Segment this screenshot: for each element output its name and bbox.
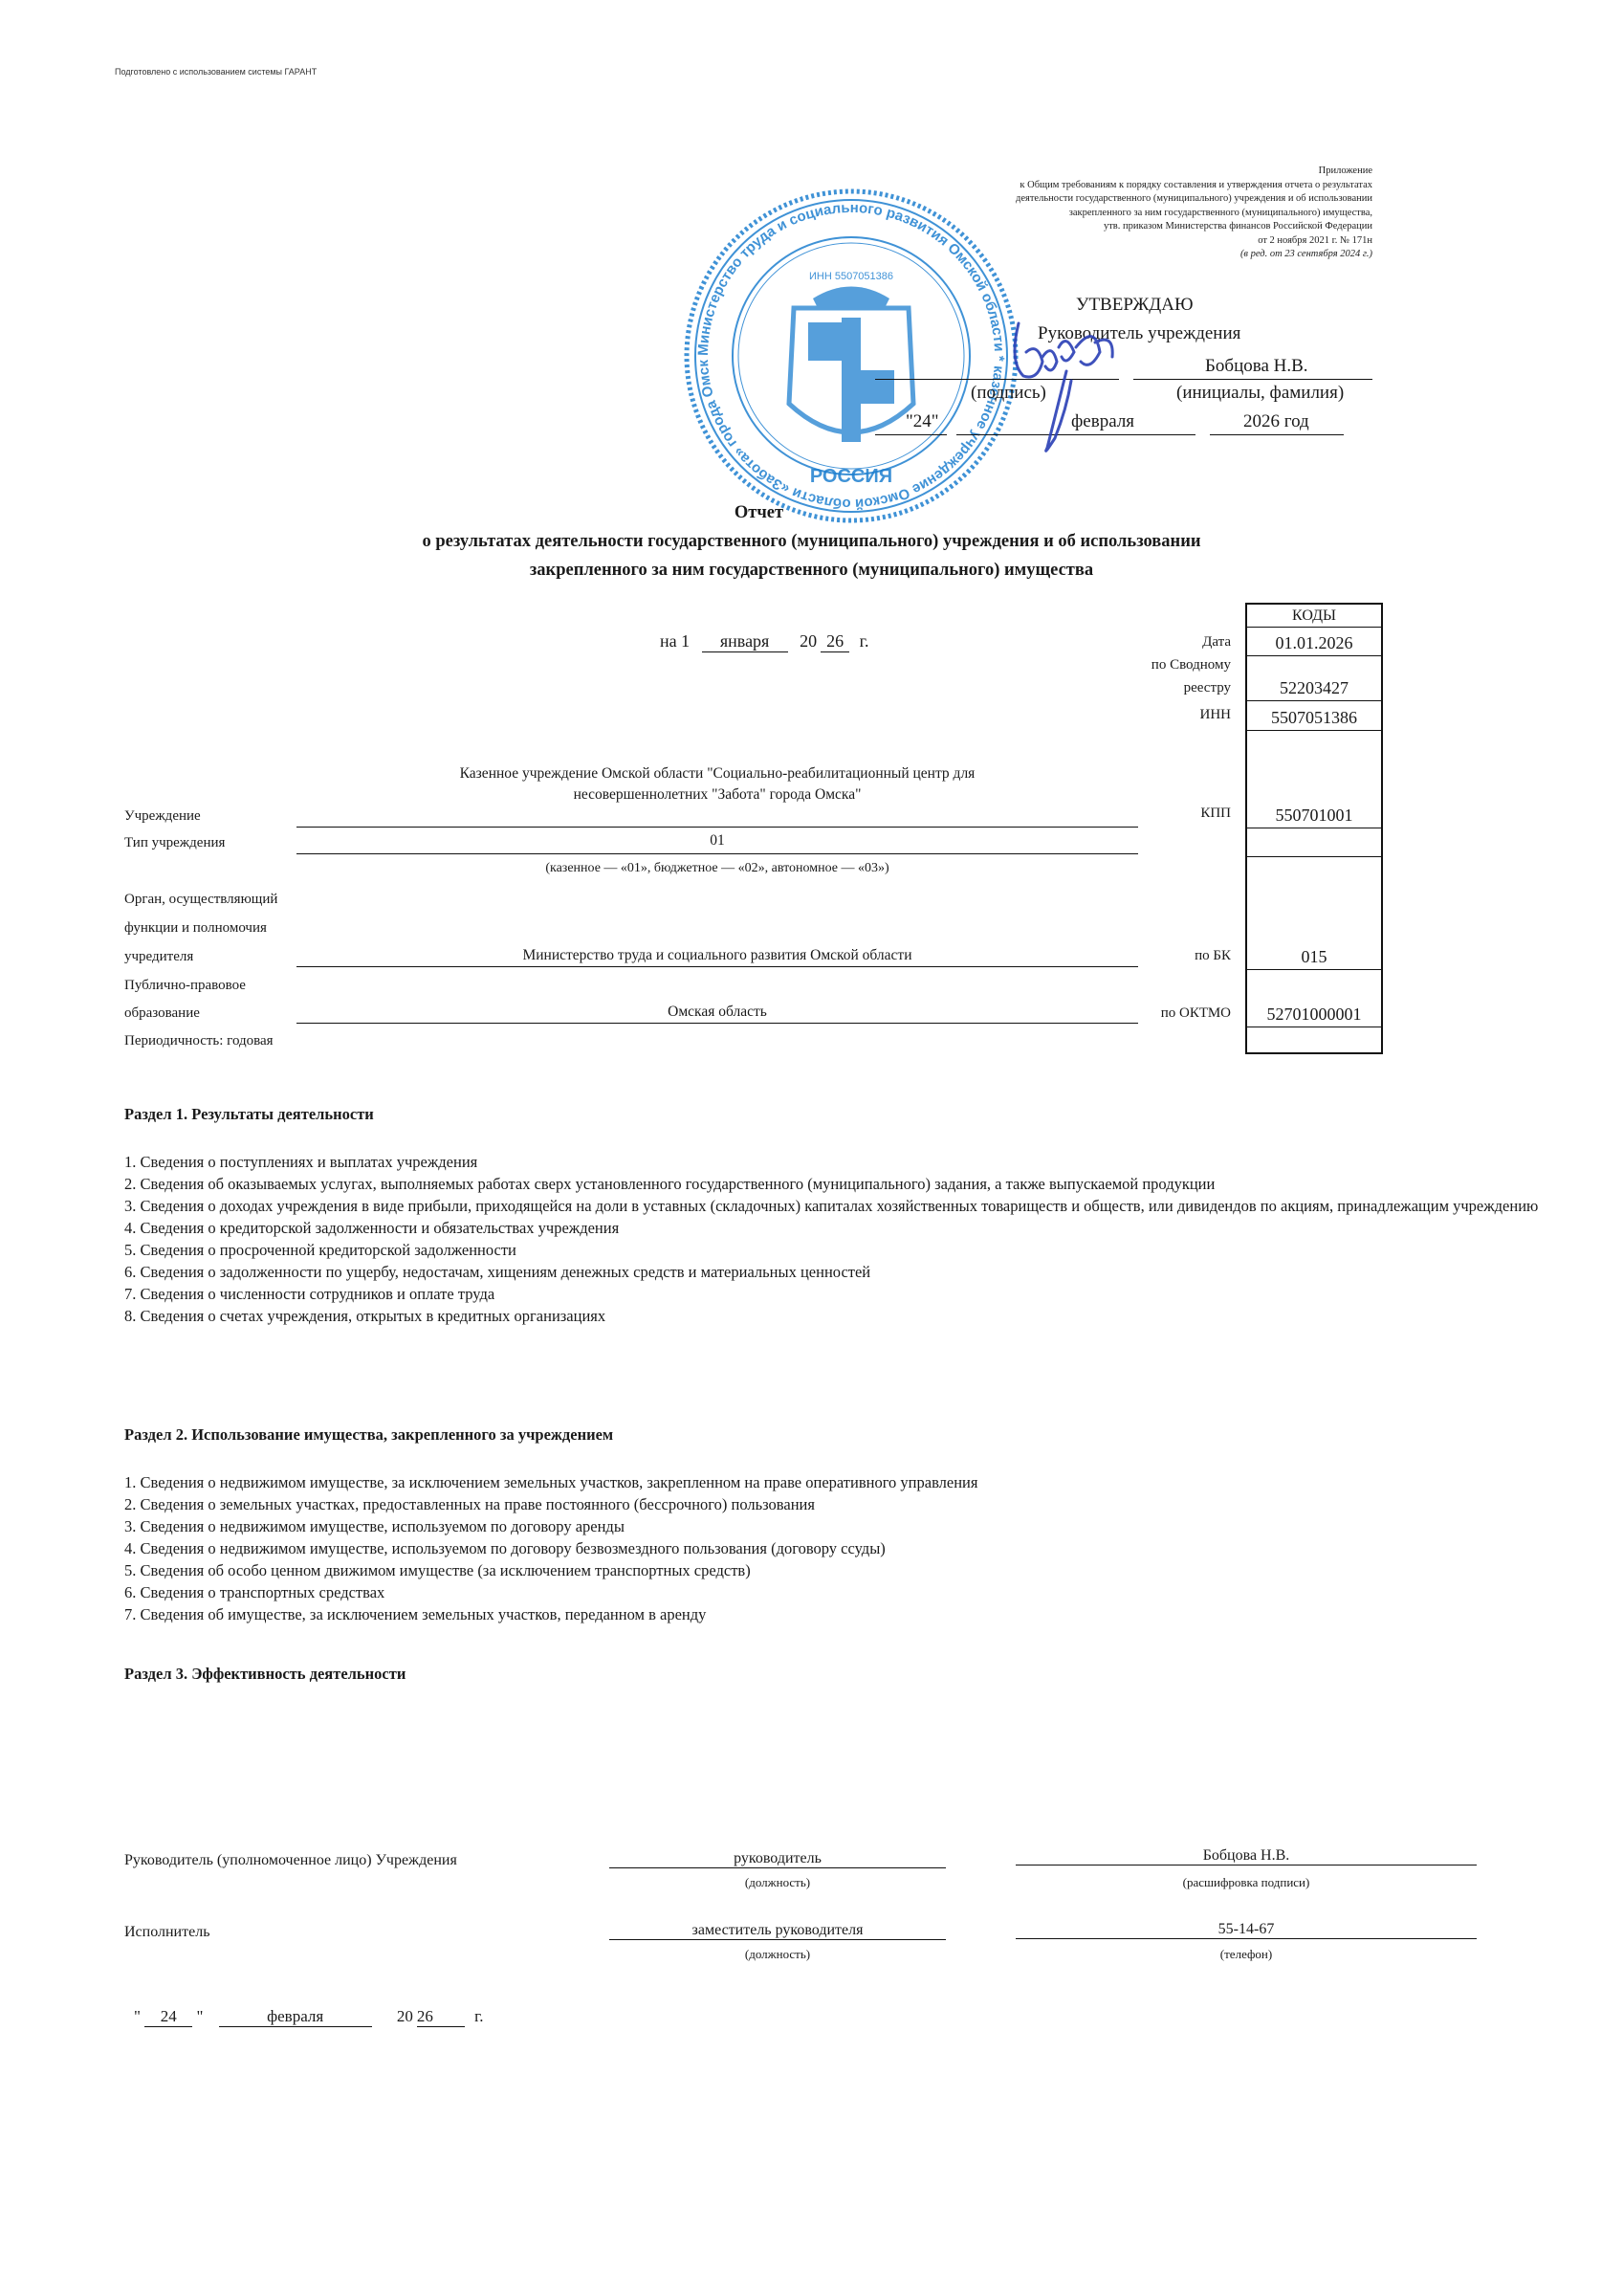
list-item: 1. Сведения о поступлениях и выплатах уч… [124,1151,1540,1173]
code-inn: 5507051386 [1247,701,1381,731]
institution-name-line1: Казенное учреждение Омской области "Соци… [296,765,1138,783]
code-label-date: Дата [1202,633,1231,651]
report-title-line1: Отчет [0,503,1570,523]
section-3-title: Раздел 3. Эффективность деятельности [124,1665,406,1684]
head-label: Руководитель (уполномоченное лицо) Учреж… [124,1852,457,1869]
svg-text:ИНН 5507051386: ИНН 5507051386 [809,271,893,282]
report-date-month: января [702,631,788,652]
institution-label: Учреждение [124,808,201,825]
section-2-title: Раздел 2. Использование имущества, закре… [124,1425,613,1445]
name-caption: (инициалы, фамилия) [1176,383,1344,404]
list-item: 4. Сведения о недвижимом имуществе, испо… [124,1537,1540,1559]
section-1-list: 1. Сведения о поступлениях и выплатах уч… [124,1151,1540,1327]
list-item: 1. Сведения о недвижимом имуществе, за и… [124,1471,1540,1493]
code-label-svodny-1: по Сводному [1151,656,1231,674]
report-title-line2: о результатах деятельности государственн… [0,532,1623,552]
report-date-year-suffix: 26 [821,631,849,652]
code-label-svodny-2: реестру [1184,679,1231,697]
list-item: 3. Сведения о недвижимом имуществе, испо… [124,1515,1540,1537]
handwritten-signature-icon [999,304,1124,457]
footer-date-suffix: г. [474,2007,483,2025]
founder-underline [296,966,1138,967]
type-label: Тип учреждения [124,835,225,851]
approval-day: "24" [906,411,939,432]
report-title-line3: закрепленного за ним государственного (м… [0,561,1623,581]
type-value: 01 [296,832,1138,850]
executor-phone-caption: (телефон) [1016,1947,1477,1962]
footer-date-month: февраля [219,2007,372,2027]
founder-label-3: учредителя [124,949,193,965]
executor-phone: 55-14-67 [1016,1921,1477,1939]
head-position-caption: (должность) [609,1875,946,1890]
report-date-prefix: на 1 [660,631,690,651]
institution-name-line2: несовершеннолетних "Забота" города Омска… [296,786,1138,804]
code-date: 01.01.2026 [1247,628,1381,656]
list-item: 2. Сведения о земельных участках, предос… [124,1493,1540,1515]
appendix-line: Приложение [875,165,1372,179]
report-date-year-prefix: 20 [800,631,817,651]
founder-label-1: Орган, осуществляющий [124,892,277,908]
footer-date-year-suffix: 26 [417,2007,465,2027]
code-svodny-reestr: 52203427 [1247,656,1381,701]
section-1-title: Раздел 1. Результаты деятельности [124,1105,374,1124]
type-underline [296,853,1138,854]
periodicity: Периодичность: годовая [124,1033,274,1049]
executor-position-caption: (должность) [609,1947,946,1962]
footer-date-open-quote: " [134,2007,141,2025]
report-date: на 1 января 2026 г. [660,631,868,652]
ppo-label-2: образование [124,1005,200,1022]
ppo-value: Омская область [296,1004,1138,1021]
list-item: 4. Сведения о кредиторской задолженности… [124,1217,1540,1239]
list-item: 3. Сведения о доходах учреждения в виде … [124,1195,1540,1217]
ppo-underline [296,1023,1138,1024]
svg-text:РОССИЯ: РОССИЯ [810,466,892,487]
executor-label: Исполнитель [124,1924,210,1941]
founder-value: Министерство труда и социального развити… [296,947,1138,964]
code-label-bk: по БК [1195,947,1231,965]
code-oktmo: 52701000001 [1247,970,1381,1027]
approval-year: 2026 год [1243,411,1309,432]
code-empty-row [1247,828,1381,857]
list-item: 6. Сведения о задолженности по ущербу, н… [124,1261,1540,1283]
institution-underline [296,827,1138,828]
approval-signer-name: Бобцова Н.В. [1205,356,1308,377]
code-label-oktmo: по ОКТМО [1161,1004,1231,1023]
code-kpp: 550701001 [1247,731,1381,828]
footer-date-close-quote: " [196,2007,203,2025]
report-date-suffix: г. [860,631,869,651]
head-name-caption: (расшифровка подписи) [1016,1875,1477,1890]
list-item: 2. Сведения об оказываемых услугах, выпо… [124,1173,1540,1195]
code-label-kpp: КПП [1200,805,1231,823]
footer-date-day: 24 [144,2007,192,2027]
list-item: 7. Сведения о численности сотрудников и … [124,1283,1540,1305]
type-hint: (казенное — «01», бюджетное — «02», авто… [296,861,1138,876]
codes-header: КОДЫ [1247,605,1381,628]
footer-date: " 24 " февраля 2026 г. [134,2007,483,2027]
section-2-list: 1. Сведения о недвижимом имуществе, за и… [124,1471,1540,1625]
name-line [1133,379,1372,380]
list-item: 6. Сведения о транспортных средствах [124,1581,1540,1603]
code-bk: 015 [1247,857,1381,970]
list-item: 5. Сведения о просроченной кредиторской … [124,1239,1540,1261]
day-line [875,434,947,435]
code-empty-row [1247,1027,1381,1052]
code-label-inn: ИНН [1200,706,1232,724]
ppo-label-1: Публично-правовое [124,978,246,994]
garant-note: Подготовлено с использованием системы ГА… [115,67,317,77]
list-item: 5. Сведения об особо ценном движимом иму… [124,1559,1540,1581]
head-name: Бобцова Н.В. [1016,1847,1477,1865]
list-item: 8. Сведения о счетах учреждения, открыты… [124,1305,1540,1327]
head-position: руководитель [609,1850,946,1868]
year-line [1210,434,1344,435]
founder-label-2: функции и полномочия [124,920,267,937]
list-item: 7. Сведения об имуществе, за исключением… [124,1603,1540,1625]
official-stamp-icon: Министерство труда и социального развити… [679,184,1023,528]
executor-position: заместитель руководителя [609,1922,946,1940]
codes-table: КОДЫ 01.01.2026 52203427 5507051386 5507… [1245,603,1383,1054]
footer-date-year-prefix: 20 [397,2007,413,2025]
